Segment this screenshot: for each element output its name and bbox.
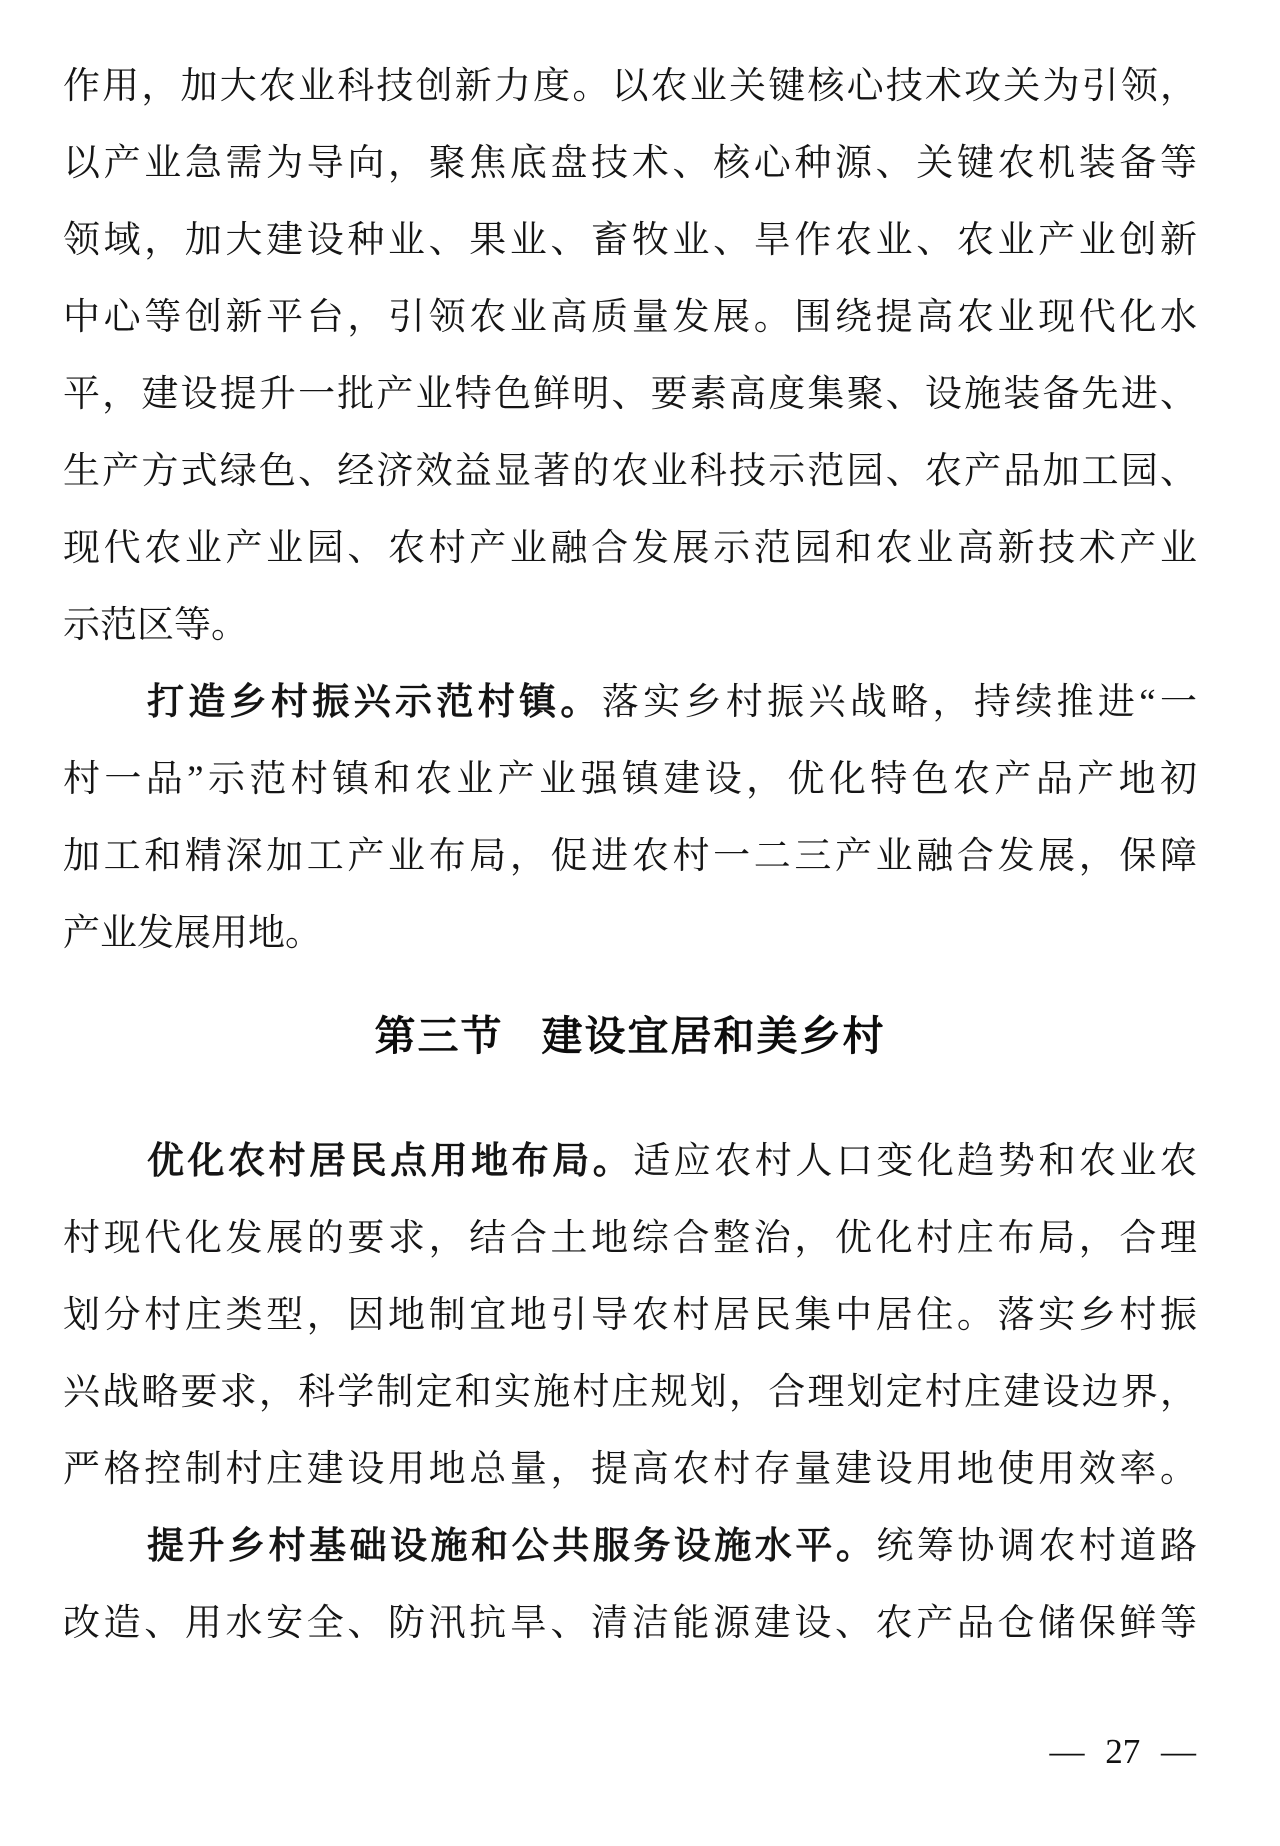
text-line: 以产业急需为导向，聚焦底盘技术、核心种源、关键农机装备等 <box>63 125 1197 202</box>
text-line: 村一品”示范村镇和农业产业强镇建设，优化特色农产品产地初 <box>63 741 1197 818</box>
line-text: 落实乡村振兴战略，持续推进“一 <box>602 682 1197 723</box>
line-text: 平，建设提升一批产业特色鲜明、要素高度集聚、设施装备先进、 <box>63 374 1197 415</box>
section-heading: 第三节建设宜居和美乡村 <box>63 998 1197 1075</box>
body-text-block-2: 优化农村居民点用地布局。适应农村人口变化趋势和农业农村现代化发展的要求，结合土地… <box>63 1123 1197 1662</box>
text-line: 严格控制村庄建设用地总量，提高农村存量建设用地使用效率。 <box>63 1431 1197 1508</box>
section-heading-number: 第三节 <box>375 1013 504 1059</box>
text-line: 作用，加大农业科技创新力度。以农业关键核心技术攻关为引领， <box>63 48 1197 125</box>
line-text: 示范区等。 <box>63 605 248 646</box>
line-text: 领域，加大建设种业、果业、畜牧业、旱作农业、农业产业创新 <box>63 220 1197 261</box>
paragraph-bold-lead: 打造乡村振兴示范村镇。 <box>147 682 602 723</box>
paragraph-bold-lead: 提升乡村基础设施和公共服务设施水平。 <box>147 1526 876 1567</box>
text-line: 村现代化发展的要求，结合土地综合整治，优化村庄布局，合理 <box>63 1200 1197 1277</box>
line-text: 作用，加大农业科技创新力度。以农业关键核心技术攻关为引领， <box>63 66 1197 107</box>
text-line: 平，建设提升一批产业特色鲜明、要素高度集聚、设施装备先进、 <box>63 356 1197 433</box>
line-text: 中心等创新平台，引领农业高质量发展。围绕提高农业现代化水 <box>63 297 1197 338</box>
section-heading-title: 建设宜居和美乡村 <box>542 1013 886 1059</box>
text-line: 改造、用水安全、防汛抗旱、清洁能源建设、农产品仓储保鲜等 <box>63 1585 1197 1662</box>
text-line: 兴战略要求，科学制定和实施村庄规划，合理划定村庄建设边界， <box>63 1354 1197 1431</box>
text-line: 提升乡村基础设施和公共服务设施水平。统筹协调农村道路 <box>63 1508 1197 1585</box>
line-text: 兴战略要求，科学制定和实施村庄规划，合理划定村庄建设边界， <box>63 1372 1197 1413</box>
page-number: — 27 — <box>1050 1730 1197 1774</box>
line-text: 以产业急需为导向，聚焦底盘技术、核心种源、关键农机装备等 <box>63 143 1197 184</box>
line-text: 加工和精深加工产业布局，促进农村一二三产业融合发展，保障 <box>63 836 1197 877</box>
line-text: 生产方式绿色、经济效益显著的农业科技示范园、农产品加工园、 <box>63 451 1197 492</box>
text-line: 产业发展用地。 <box>63 895 1197 972</box>
paragraph-bold-lead: 优化农村居民点用地布局。 <box>147 1141 633 1182</box>
document-page: 作用，加大农业科技创新力度。以农业关键核心技术攻关为引领，以产业急需为导向，聚焦… <box>0 0 1280 1846</box>
line-text: 现代农业产业园、农村产业融合发展示范园和农业高新技术产业 <box>63 528 1197 569</box>
page-content: 作用，加大农业科技创新力度。以农业关键核心技术攻关为引领，以产业急需为导向，聚焦… <box>63 48 1197 1662</box>
text-line: 领域，加大建设种业、果业、畜牧业、旱作农业、农业产业创新 <box>63 202 1197 279</box>
text-line: 划分村庄类型，因地制宜地引导农村居民集中居住。落实乡村振 <box>63 1277 1197 1354</box>
line-text: 产业发展用地。 <box>63 913 322 954</box>
text-line: 中心等创新平台，引领农业高质量发展。围绕提高农业现代化水 <box>63 279 1197 356</box>
text-line: 现代农业产业园、农村产业融合发展示范园和农业高新技术产业 <box>63 510 1197 587</box>
line-text: 适应农村人口变化趋势和农业农 <box>633 1141 1197 1182</box>
line-text: 村一品”示范村镇和农业产业强镇建设，优化特色农产品产地初 <box>63 759 1197 800</box>
line-text: 划分村庄类型，因地制宜地引导农村居民集中居住。落实乡村振 <box>63 1295 1197 1336</box>
text-line: 加工和精深加工产业布局，促进农村一二三产业融合发展，保障 <box>63 818 1197 895</box>
text-line: 打造乡村振兴示范村镇。落实乡村振兴战略，持续推进“一 <box>63 664 1197 741</box>
line-text: 统筹协调农村道路 <box>876 1526 1197 1567</box>
text-line: 示范区等。 <box>63 587 1197 664</box>
line-text: 改造、用水安全、防汛抗旱、清洁能源建设、农产品仓储保鲜等 <box>63 1603 1197 1644</box>
line-text: 严格控制村庄建设用地总量，提高农村存量建设用地使用效率。 <box>63 1449 1197 1490</box>
text-line: 优化农村居民点用地布局。适应农村人口变化趋势和农业农 <box>63 1123 1197 1200</box>
line-text: 村现代化发展的要求，结合土地综合整治，优化村庄布局，合理 <box>63 1218 1197 1259</box>
text-line: 生产方式绿色、经济效益显著的农业科技示范园、农产品加工园、 <box>63 433 1197 510</box>
body-text-block-1: 作用，加大农业科技创新力度。以农业关键核心技术攻关为引领，以产业急需为导向，聚焦… <box>63 48 1197 972</box>
